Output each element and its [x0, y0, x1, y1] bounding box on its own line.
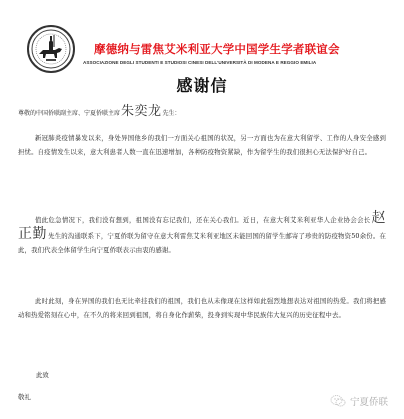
paragraph-2-before: 值此危急情况下，我们没有想到，祖国没有忘记我们，还在关心我们。近日，在意大利艾米… — [35, 216, 371, 224]
paragraph-1: 新冠肺炎疫情暴发以来，身处异国他乡的我们一方面关心祖国的状况，另一方面也为在意大… — [18, 131, 386, 159]
org-title: 摩德纳与雷焦艾米利亚大学中国学生学者联谊会 — [94, 41, 340, 57]
university-seal-logo — [27, 25, 75, 73]
letter-title: 感谢信 — [0, 73, 404, 96]
wechat-chat-bubble-icon — [330, 394, 346, 408]
paragraph-2: 值此危急情况下，我们没有想到，祖国没有忘记我们，还在关心我们。近日，在意大利艾米… — [18, 211, 386, 257]
watermark-text: 宁夏侨联 — [350, 394, 388, 408]
paragraph-2-after: 先生的沟通联系下，宁夏侨联为留守在意大利雷焦艾米利亚地区未能回国的留学生邮寄了珍… — [18, 232, 386, 254]
paragraph-3: 此时此刻，身在异国的我们也无比牵挂我们的祖国，我们也从未像现在这样如此强烈地想表… — [18, 294, 386, 322]
closing-line-2: 敬礼 — [18, 392, 31, 401]
recipient-name: 朱奕龙 — [121, 100, 162, 119]
university-seal-horseman-icon — [29, 27, 73, 71]
salutation-prefix: 尊敬的中国侨联副主席、宁夏侨联主席 — [18, 108, 120, 117]
salutation-suffix: 先生： — [163, 108, 181, 117]
thank-you-letter: 摩德纳与雷焦艾米利亚大学中国学生学者联谊会 ASSOCIAZIONE DEGLI… — [0, 0, 404, 419]
salutation: 尊敬的中国侨联副主席、宁夏侨联主席 朱奕龙 先生： — [18, 100, 181, 119]
wechat-watermark: 宁夏侨联 — [330, 394, 388, 408]
org-subtitle: ASSOCIAZIONE DEGLI STUDENTI E STUDIOSI C… — [83, 60, 316, 65]
closing-line-1: 此致 — [36, 370, 49, 379]
